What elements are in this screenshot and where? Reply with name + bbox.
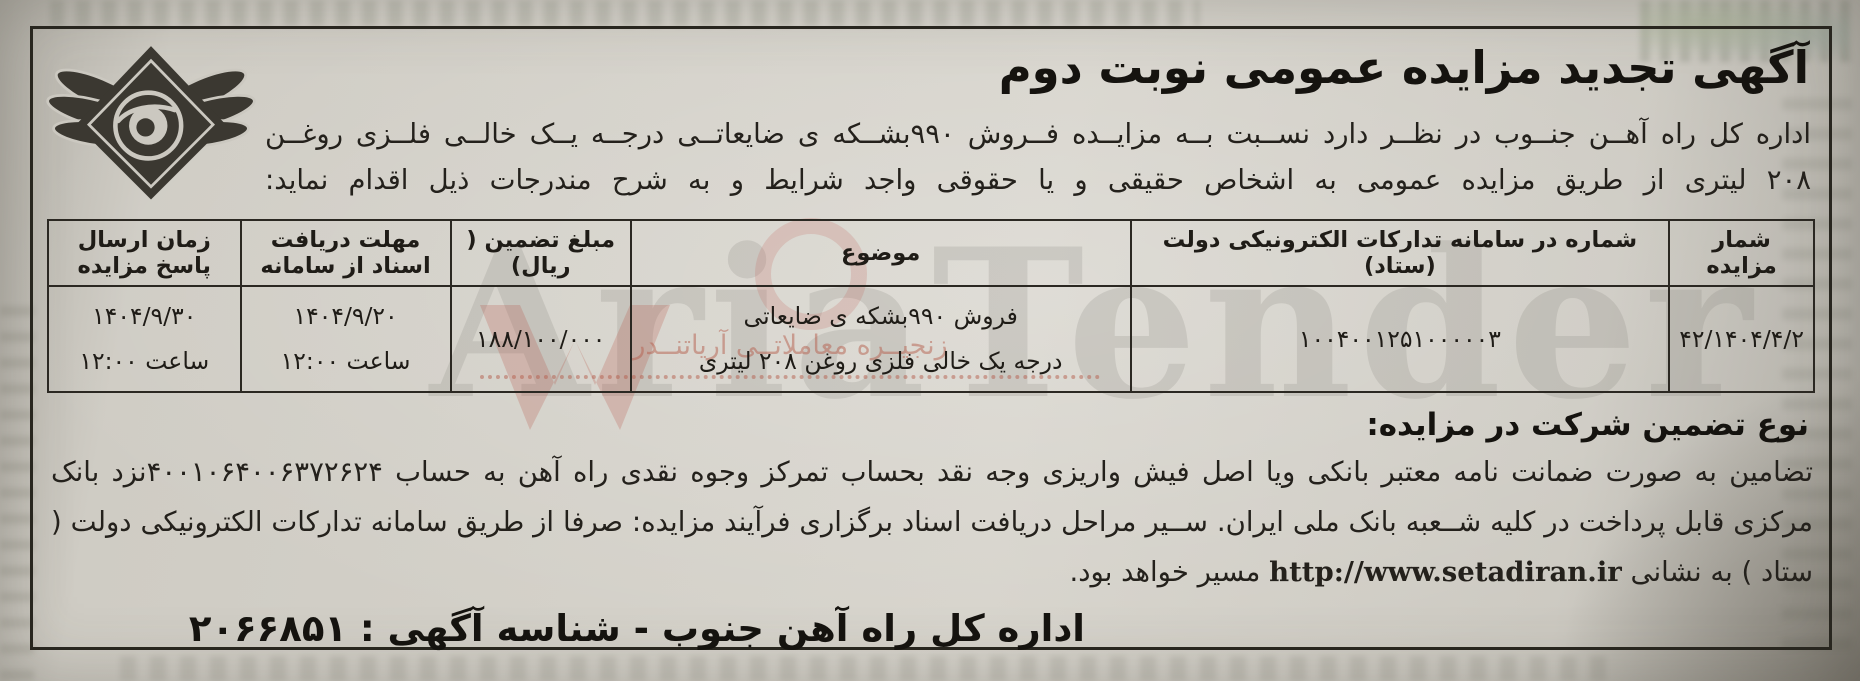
subject-line-2: درجه یک خالی فلزی روغن ۲۰۸ لیتری bbox=[640, 339, 1122, 384]
guarantee-line-3-prefix: ستاد ) به نشانی bbox=[1622, 556, 1813, 588]
ad-footer-signature: اداره کل راه آهن جنوب - شناسه آگهی : ۲۰۶… bbox=[47, 607, 1085, 650]
document-deadline-cell: ۱۴۰۴/۹/۲۰ ساعت ۱۲:۰۰ bbox=[241, 286, 451, 392]
header-response-deadline: زمان ارسال پاسخ مزایده bbox=[48, 220, 241, 286]
table-header-row: شمار مزایده شماره در سامانه تدارکات الکت… bbox=[48, 220, 1814, 286]
ad-border-frame: آگهی تجدید مزایده عمومی نوبت دوم اداره ک… bbox=[30, 26, 1832, 650]
guarantee-paragraph: تضامین به صورت ضمانت نامه معتبر بانکی وی… bbox=[51, 447, 1813, 597]
guarantee-line-1: تضامین به صورت ضمانت نامه معتبر بانکی وی… bbox=[51, 447, 1813, 497]
header-document-deadline: مهلت دریافت اسناد از سامانه bbox=[241, 220, 451, 286]
response-time: ساعت ۱۲:۰۰ bbox=[57, 339, 232, 384]
subject-line-1: فروش ۹۹۰بشکه ی ضایعاتی bbox=[640, 294, 1122, 339]
railway-logo bbox=[45, 37, 257, 205]
setadiran-url: http://www.setadiran.ir bbox=[1269, 556, 1622, 588]
header-subject: موضوع bbox=[631, 220, 1131, 286]
tender-number-cell: ۴۲/۱۴۰۴/۴/۲ bbox=[1669, 286, 1814, 392]
bleed-through-artifact bbox=[0, 300, 34, 680]
bleed-through-artifact bbox=[120, 656, 1620, 681]
subject-cell: فروش ۹۹۰بشکه ی ضایعاتی درجه یک خالی فلزی… bbox=[631, 286, 1131, 392]
guarantee-section-heading: نوع تضمین شرکت در مزایده: bbox=[47, 407, 1809, 443]
response-date: ۱۴۰۴/۹/۳۰ bbox=[57, 294, 232, 339]
deadline-date: ۱۴۰۴/۹/۲۰ bbox=[250, 294, 442, 339]
guarantee-line-3-suffix: مسیر خواهد بود. bbox=[1070, 556, 1270, 588]
tender-table: شمار مزایده شماره در سامانه تدارکات الکت… bbox=[47, 219, 1815, 393]
ad-title: آگهی تجدید مزایده عمومی نوبت دوم bbox=[47, 43, 1809, 93]
intro-line-2: ۲۰۸ لیتری از طریق مزایده عمومی به اشخاص … bbox=[265, 157, 1811, 203]
deadline-time: ساعت ۱۲:۰۰ bbox=[250, 339, 442, 384]
header-setad-number: شماره در سامانه تدارکات الکترونیکی دولت … bbox=[1131, 220, 1670, 286]
winged-wheel-emblem-icon bbox=[45, 37, 257, 205]
guarantee-amount-cell: ۱۸۸/۱۰۰/۰۰۰ bbox=[451, 286, 631, 392]
intro-line-1: اداره کل راه آهــن جنــوب در نظــر دارد … bbox=[265, 111, 1811, 157]
header-tender-number: شمار مزایده bbox=[1669, 220, 1814, 286]
header-guarantee-amount: مبلغ تضمین ( ریال) bbox=[451, 220, 631, 286]
setad-number-cell: ۱۰۰۴۰۰۱۲۵۱۰۰۰۰۰۳ bbox=[1131, 286, 1670, 392]
table-data-row: ۴۲/۱۴۰۴/۴/۲ ۱۰۰۴۰۰۱۲۵۱۰۰۰۰۰۳ فروش ۹۹۰بشک… bbox=[48, 286, 1814, 392]
bleed-through-artifact bbox=[50, 0, 1200, 26]
scanned-newspaper-ad: AriaTender زنجیــره معاملاتــی آریاتنــد… bbox=[0, 0, 1860, 681]
guarantee-line-2: مرکزی قابل پرداخت در کلیه شــعبه بانک مل… bbox=[51, 497, 1813, 547]
response-deadline-cell: ۱۴۰۴/۹/۳۰ ساعت ۱۲:۰۰ bbox=[48, 286, 241, 392]
intro-paragraph: اداره کل راه آهــن جنــوب در نظــر دارد … bbox=[265, 111, 1811, 203]
guarantee-line-3: ستاد ) به نشانی http://www.setadiran.ir … bbox=[51, 547, 1813, 597]
